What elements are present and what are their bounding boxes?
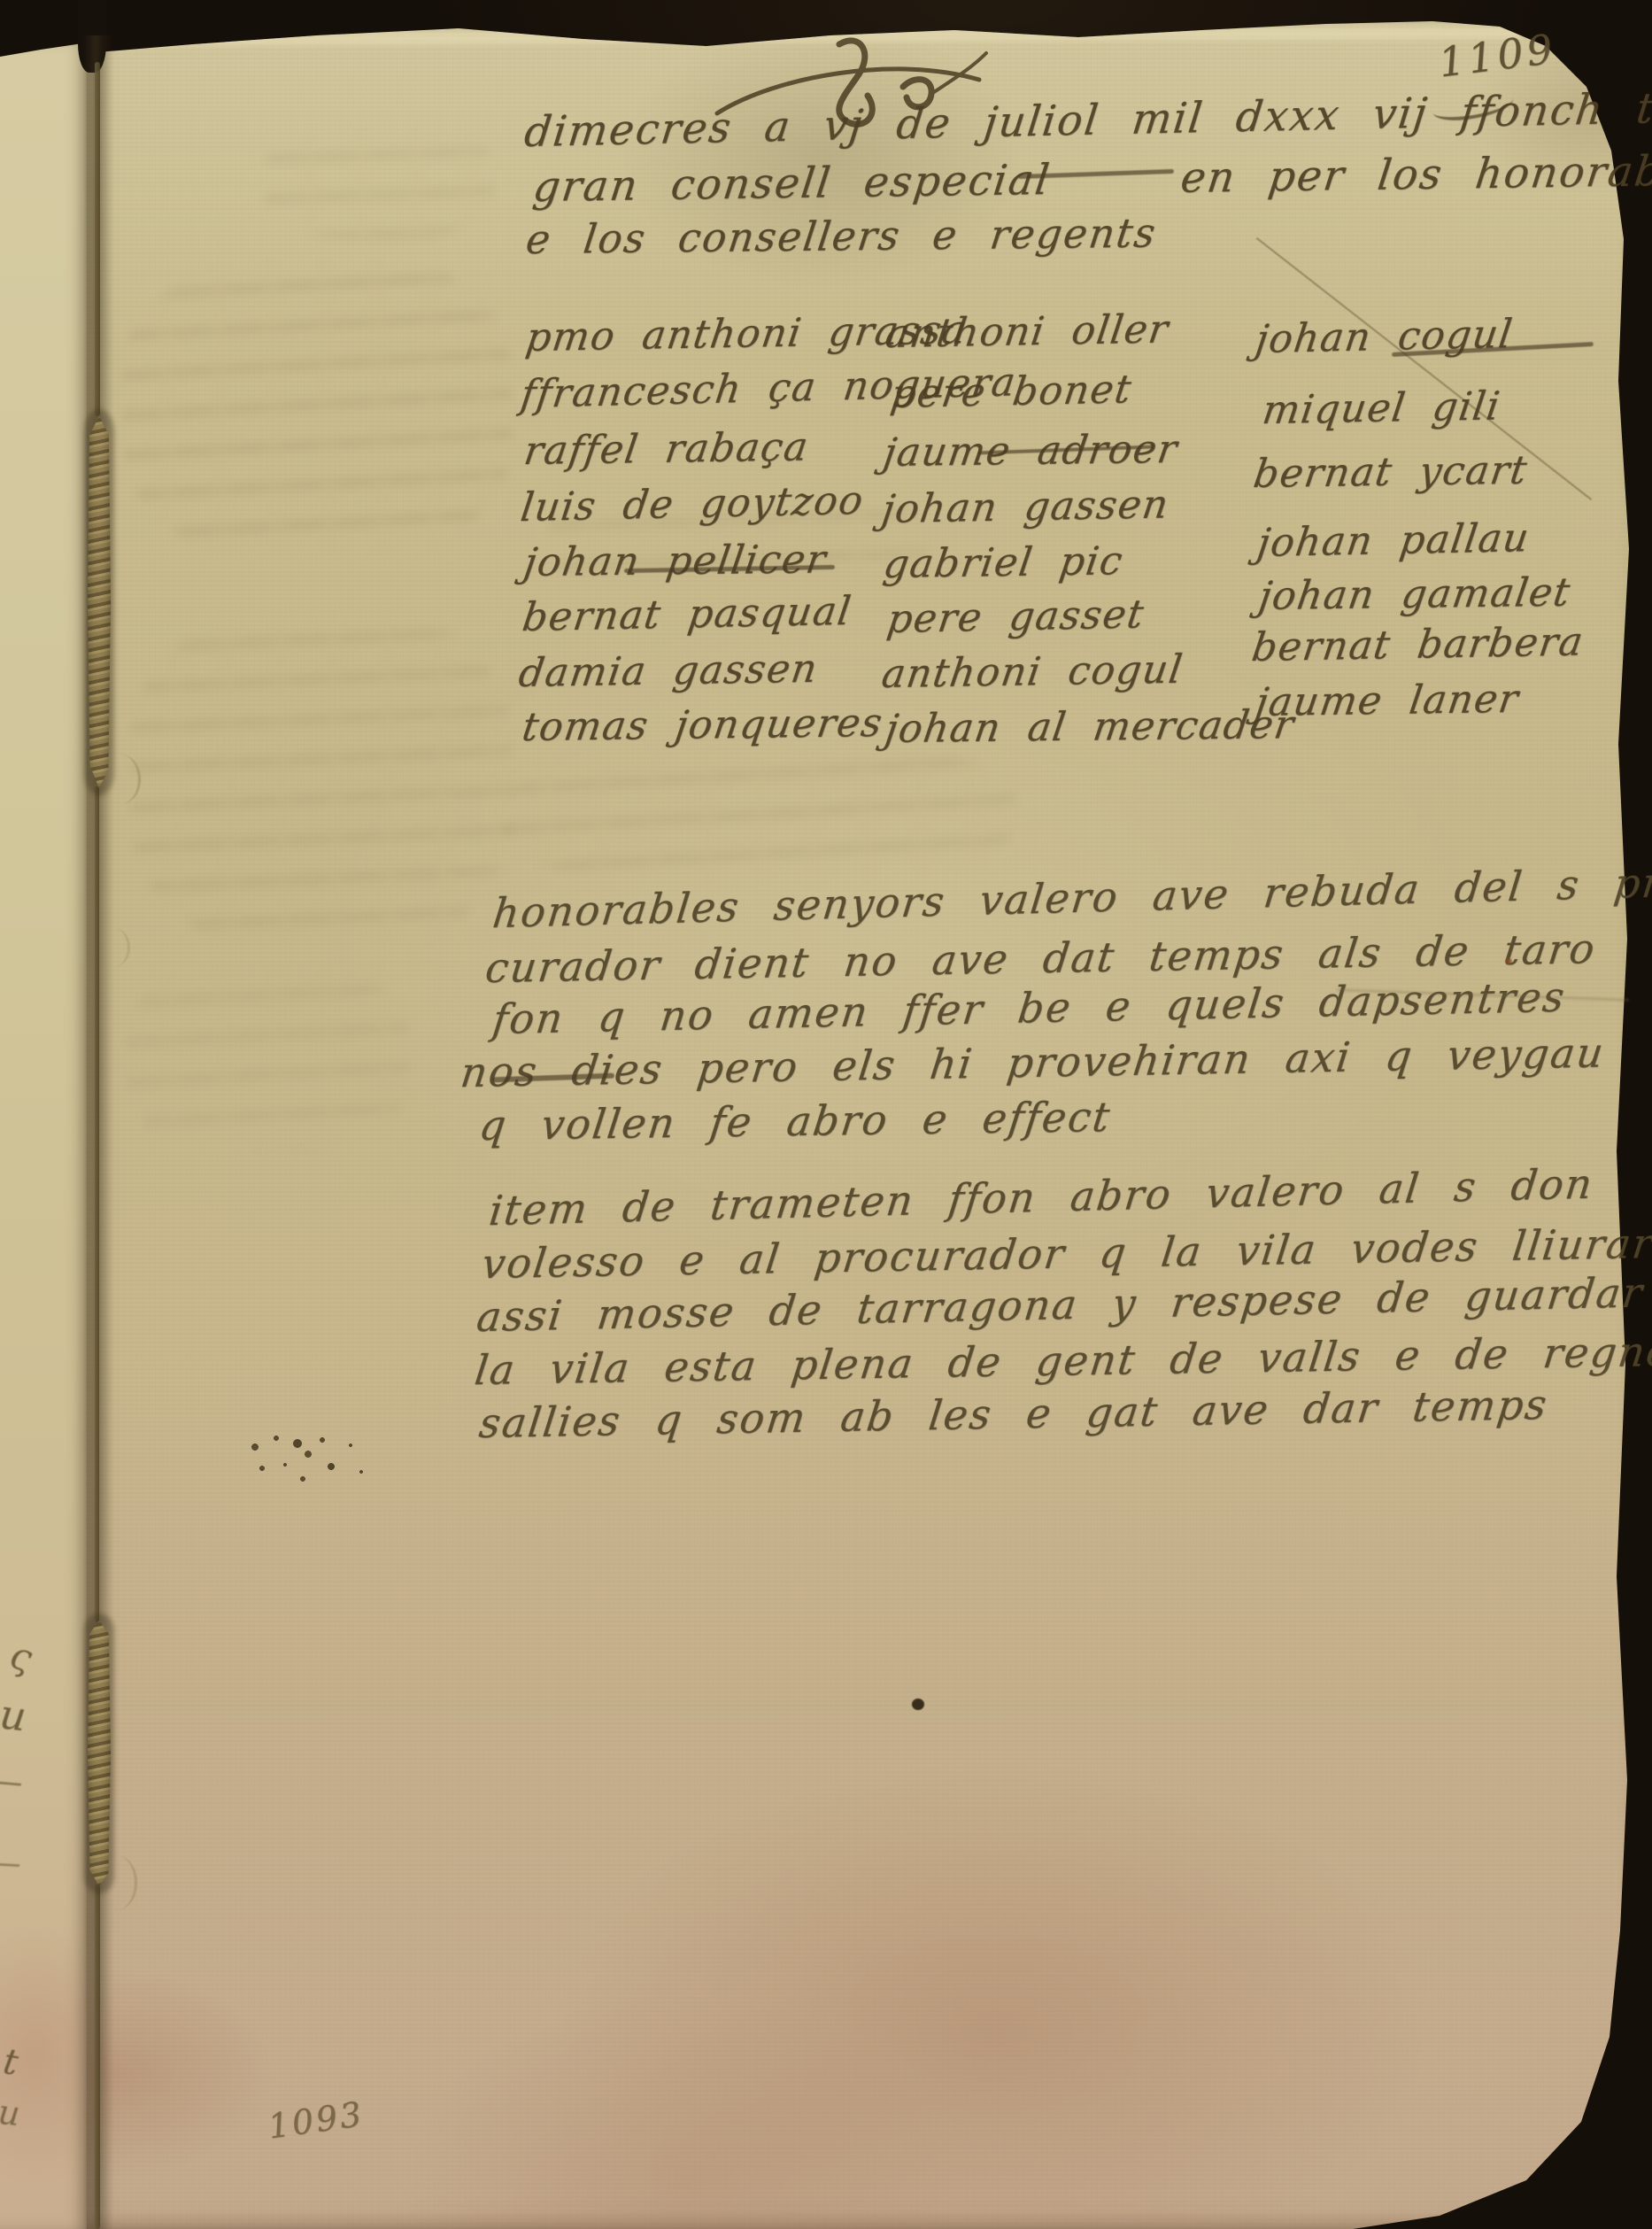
bleed-through-text bbox=[264, 124, 494, 239]
attendee-name: anthoni cogul bbox=[879, 647, 1186, 697]
bleed-through-text bbox=[501, 742, 1017, 887]
bleed-through-text bbox=[119, 252, 514, 561]
attendee-name: johan al mercader bbox=[882, 702, 1297, 752]
attendee-name: jaume laner bbox=[1253, 677, 1523, 725]
attendee-name: anthoni oller bbox=[883, 306, 1172, 357]
attendee-name: johan gassen bbox=[879, 482, 1172, 532]
facing-page-edge: ς u — — t u bbox=[0, 43, 89, 2229]
attendee-name: johan cogul bbox=[1253, 312, 1516, 362]
sewing-thread bbox=[88, 416, 111, 788]
attendee-name: bernat ycart bbox=[1251, 448, 1531, 497]
heading-line: e los consellers e regents bbox=[523, 210, 1160, 264]
gutter-line bbox=[95, 786, 99, 1622]
attendee-name: johan pellicer bbox=[521, 537, 830, 585]
gutter-line bbox=[95, 1885, 100, 2229]
attendee-name: tomas jonqueres bbox=[520, 700, 886, 750]
attendee-name: raffel rabaça bbox=[521, 425, 812, 475]
edge-fragment: t bbox=[1, 2041, 21, 2084]
ink-dot bbox=[912, 1699, 924, 1710]
paragraph-line: q vollen fe abro e effect bbox=[476, 1093, 1114, 1149]
attendee-name: gabriel pic bbox=[881, 538, 1126, 587]
attendee-name: damia gassen bbox=[516, 646, 822, 696]
attendee-name: bernat barbera bbox=[1249, 619, 1587, 670]
edge-fragment: — bbox=[0, 1757, 25, 1803]
attendee-name: bernat pasqual bbox=[520, 589, 854, 640]
attendee-name: miquel gili bbox=[1260, 383, 1503, 433]
gutter-line bbox=[95, 62, 100, 416]
bleed-through-text bbox=[124, 963, 411, 1154]
attendee-name: johan pallau bbox=[1254, 515, 1532, 566]
edge-fragment: ς bbox=[5, 1633, 36, 1680]
ink-spatter bbox=[246, 1431, 379, 1511]
manuscript-scan: ς u — — t u 1109 dimecres a vj de juliol… bbox=[0, 0, 1652, 2229]
edge-fragment: — bbox=[0, 1839, 22, 1885]
attendee-name: pere bonet bbox=[888, 367, 1135, 417]
edge-fragment: u bbox=[0, 2093, 22, 2133]
bleed-through-text bbox=[129, 609, 513, 949]
attendee-name: luis de goytzoo bbox=[518, 478, 867, 530]
attendee-name: johan gamalet bbox=[1256, 570, 1574, 619]
edge-fragment: u bbox=[0, 1690, 29, 1740]
ink-dot bbox=[1505, 958, 1512, 964]
sewing-thread bbox=[88, 1621, 111, 1886]
attendee-name: pere gasset bbox=[884, 592, 1147, 642]
